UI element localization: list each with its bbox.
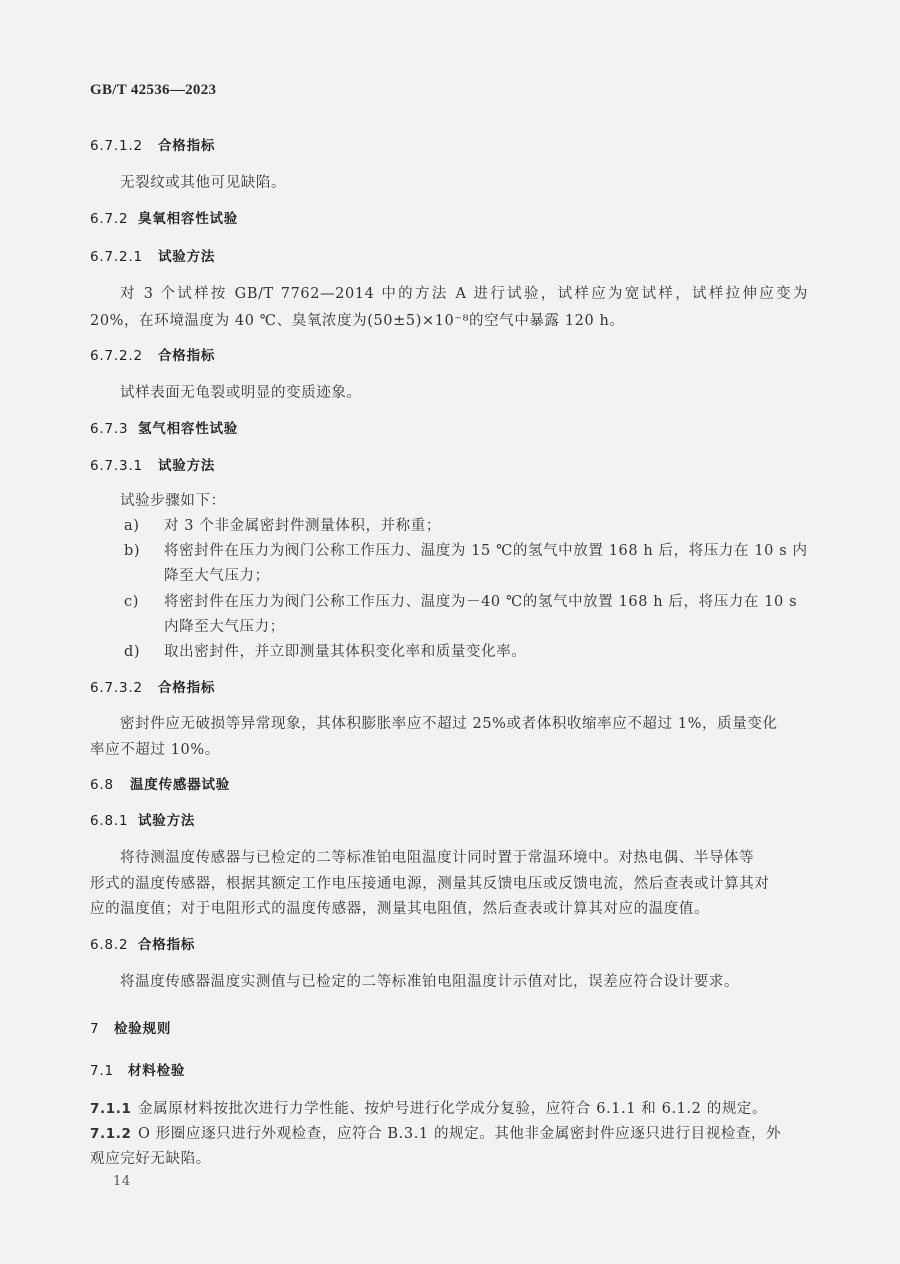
paragraph-line: 对 3 个试样按 GB/T 7762—2014 中的方法 A 进行试验，试样应为…	[120, 284, 808, 304]
paragraph-line: 20%，在环境温度为 40 ℃、臭氧浓度为(50±5)×10⁻⁸的空气中暴露 1…	[90, 311, 625, 331]
section-number: 6.7.2.2	[90, 346, 158, 366]
section-title: 氢气相容性试验	[138, 421, 238, 437]
section-title: 合格指标	[158, 348, 215, 364]
section-number: 7.1	[90, 1061, 128, 1081]
section-title: 合格指标	[138, 937, 195, 953]
section-title: 合格指标	[158, 680, 215, 696]
clause-7-1-1: 7.1.1金属原材料按批次进行力学性能、按炉号进行化学成分复验，应符合 6.1.…	[90, 1099, 767, 1119]
section-heading-6-8: 6.8温度传感器试验	[90, 775, 230, 795]
section-heading-6-7-1-2: 6.7.1.2合格指标	[90, 136, 215, 156]
list-intro: 试验步骤如下：	[120, 491, 226, 511]
section-number: 6.7.3	[90, 419, 138, 439]
section-number: 6.8.1	[90, 811, 138, 831]
section-number: 6.7.1.2	[90, 136, 158, 156]
list-label: d)	[124, 642, 164, 662]
list-item-b: b)将密封件在压力为阀门公称工作压力、温度为 15 ℃的氢气中放置 168 h …	[124, 541, 808, 561]
section-heading-6-7-3-2: 6.7.3.2合格指标	[90, 678, 215, 698]
section-title: 试验方法	[158, 249, 215, 265]
section-title: 温度传感器试验	[130, 777, 230, 793]
section-number: 6.7.3.2	[90, 678, 158, 698]
clause-number: 7.1.2	[90, 1124, 138, 1144]
page-number: 14	[113, 1172, 131, 1192]
paragraph: 将温度传感器温度实测值与已检定的二等标准铂电阻温度计示值对比，误差应符合设计要求…	[120, 972, 739, 992]
list-label: c)	[124, 592, 164, 612]
standard-code: GB/T 42536—2023	[90, 82, 216, 98]
section-title: 合格指标	[158, 138, 215, 154]
list-item-a: a)对 3 个非金属密封件测量体积，并称重；	[124, 516, 441, 536]
section-heading-6-8-1: 6.8.1试验方法	[90, 811, 195, 831]
section-title: 检验规则	[114, 1021, 171, 1037]
section-number: 6.8	[90, 775, 130, 795]
section-heading-6-7-3: 6.7.3氢气相容性试验	[90, 419, 238, 439]
section-title: 试验方法	[158, 458, 215, 474]
section-number: 6.7.2.1	[90, 247, 158, 267]
list-item-b-continued: 降至大气压力；	[164, 566, 270, 586]
list-item-d: d)取出密封件，并立即测量其体积变化率和质量变化率。	[124, 642, 526, 662]
clause-number: 7.1.1	[90, 1099, 138, 1119]
section-heading-6-7-2-1: 6.7.2.1试验方法	[90, 247, 215, 267]
paragraph-line: 密封件应无破损等异常现象，其体积膨胀率应不超过 25%或者体积收缩率应不超过 1…	[120, 714, 778, 734]
section-number: 6.7.2	[90, 209, 138, 229]
clause-7-1-2-continued: 观应完好无缺陷。	[90, 1149, 211, 1169]
section-title: 材料检验	[128, 1063, 185, 1079]
list-label: a)	[124, 516, 164, 536]
section-heading-6-7-3-1: 6.7.3.1试验方法	[90, 456, 215, 476]
list-item-c-continued: 内降至大气压力；	[164, 617, 285, 637]
section-heading-6-7-2: 6.7.2臭氧相容性试验	[90, 209, 238, 229]
section-heading-7-1: 7.1材料检验	[90, 1061, 185, 1081]
paragraph-line: 形式的温度传感器，根据其额定工作电压接通电源，测量其反馈电压或反馈电流，然后查表…	[90, 874, 770, 894]
list-label: b)	[124, 541, 164, 561]
section-title: 试验方法	[138, 813, 195, 829]
section-number: 7	[90, 1019, 114, 1039]
paragraph: 试样表面无龟裂或明显的变质迹象。	[120, 383, 362, 403]
paragraph-line: 应的温度值；对于电阻形式的温度传感器，测量其电阻值，然后查表或计算其对应的温度值…	[90, 899, 709, 919]
chapter-heading-7: 7检验规则	[90, 1019, 171, 1039]
list-item-c: c)将密封件在压力为阀门公称工作压力、温度为－40 ℃的氢气中放置 168 h …	[124, 592, 797, 612]
paragraph-line: 将待测温度传感器与已检定的二等标准铂电阻温度计同时置于常温环境中。对热电偶、半导…	[120, 848, 754, 868]
clause-7-1-2: 7.1.2O 形圈应逐只进行外观检查，应符合 B.3.1 的规定。其他非金属密封…	[90, 1124, 781, 1144]
document-page: GB/T 42536—2023 6.7.1.2合格指标 无裂纹或其他可见缺陷。 …	[0, 0, 900, 1264]
section-number: 6.8.2	[90, 935, 138, 955]
section-heading-6-8-2: 6.8.2合格指标	[90, 935, 195, 955]
section-heading-6-7-2-2: 6.7.2.2合格指标	[90, 346, 215, 366]
standard-code-header: GB/T 42536—2023	[90, 80, 216, 100]
paragraph: 无裂纹或其他可见缺陷。	[120, 173, 286, 193]
section-title: 臭氧相容性试验	[138, 211, 238, 227]
section-number: 6.7.3.1	[90, 456, 158, 476]
paragraph-line: 率应不超过 10%。	[90, 740, 220, 760]
